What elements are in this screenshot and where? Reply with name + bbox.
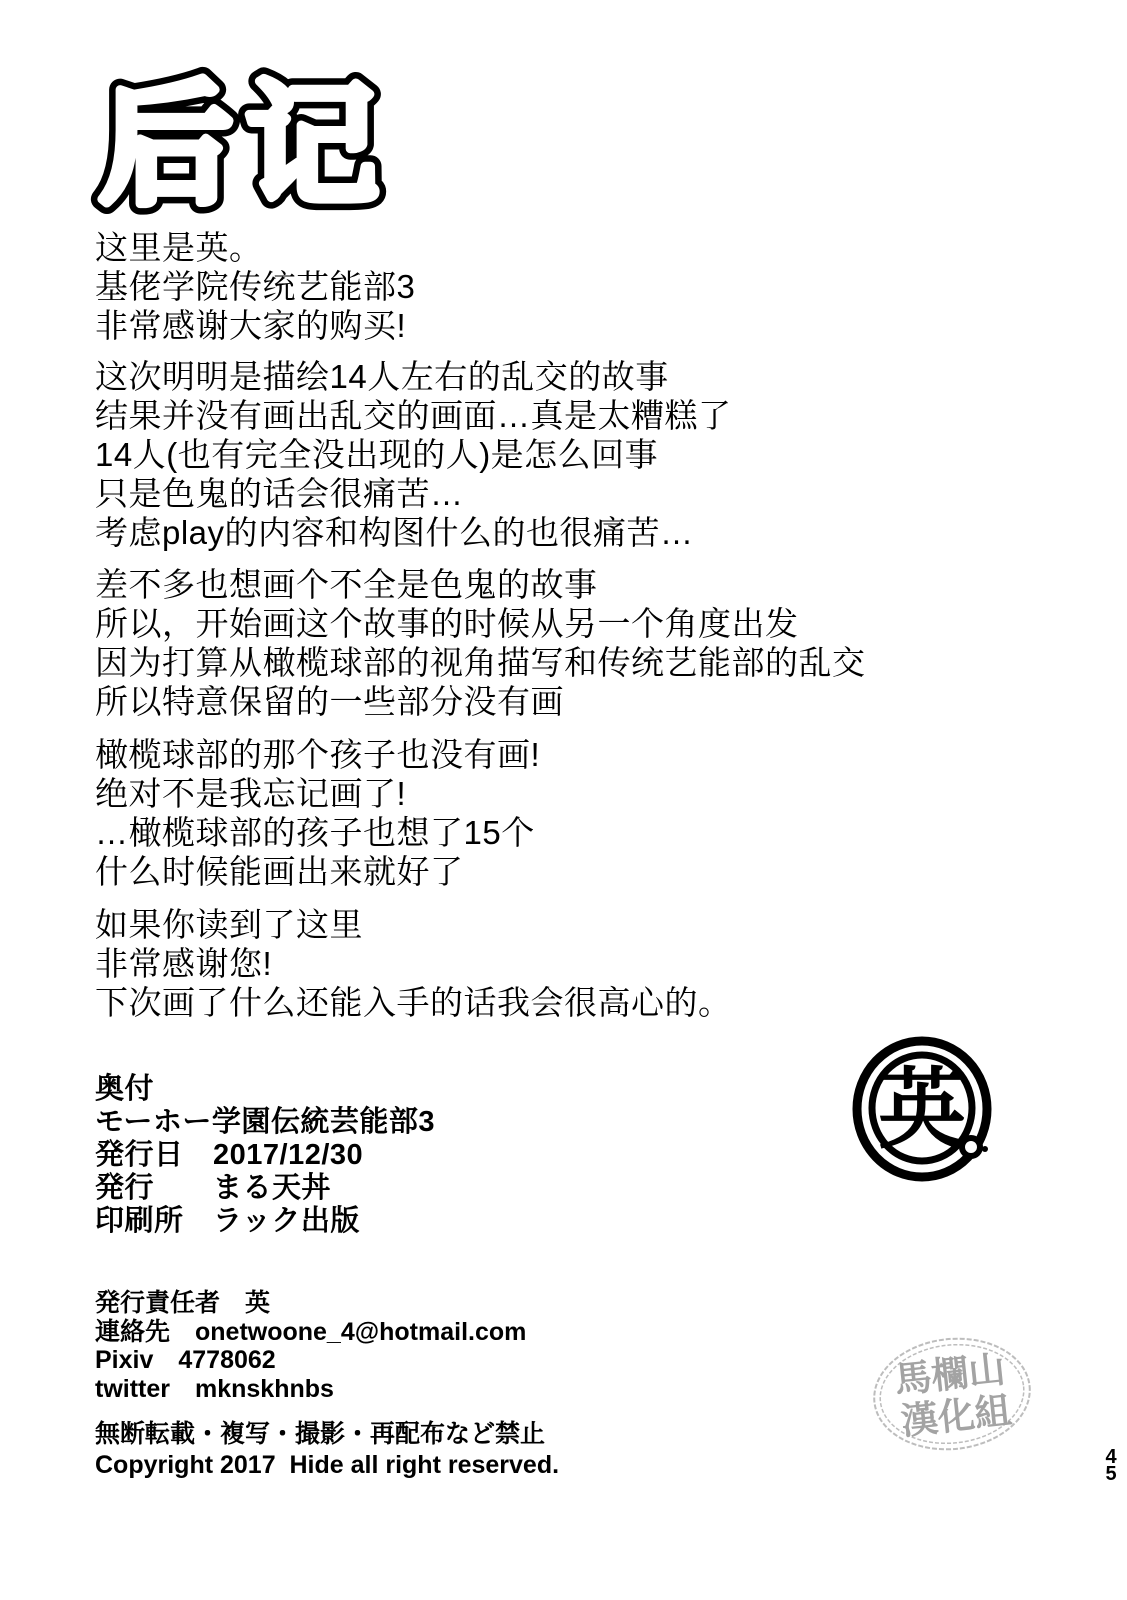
text-line: 発行 まる天丼 — [95, 1172, 435, 1205]
text-line: モーホー学園伝統芸能部3 — [95, 1106, 435, 1139]
text-line: 非常感谢您! — [95, 944, 732, 983]
text-line: 発行日 2017/12/30 — [95, 1139, 435, 1172]
text-line: 印刷所 ラック出版 — [95, 1205, 435, 1238]
text-line: twitter mknskhnbs — [95, 1375, 526, 1404]
text-line: 下次画了什么还能入手的话我会很高心的。 — [95, 983, 732, 1022]
translation-group-watermark: 馬欄山 漢化組 — [868, 1332, 1036, 1456]
seal-character: 英 — [878, 1063, 966, 1160]
page-number-digit: 5 — [1102, 1466, 1120, 1483]
paragraph-story-notes: 这次明明是描绘14人左右的乱交的故事结果并没有画出乱交的画面…真是太糟糕了14人… — [95, 357, 732, 552]
page-title-text: 后记 — [100, 72, 392, 219]
paragraph-thanks: 如果你读到了这里非常感谢您!下次画了什么还能入手的话我会很高心的。 — [95, 905, 732, 1022]
page-number: 4 5 — [1102, 1449, 1120, 1483]
text-line: Pixiv 4778062 — [95, 1346, 526, 1375]
text-line: 非常感谢大家的购买! — [95, 306, 415, 345]
paragraph-perspective: 差不多也想画个不全是色鬼的故事所以，开始画这个故事的时候从另一个角度出发因为打算… — [95, 565, 866, 721]
text-line: 奥付 — [95, 1073, 435, 1106]
legal-notice: 無断転載・複写・撮影・再配布など禁止Copyright 2017 Hide al… — [95, 1419, 559, 1481]
page-title: 后记 后记 — [88, 58, 408, 233]
text-line: 14人(也有完全没出现的人)是怎么回事 — [95, 435, 732, 474]
text-line: 只是色鬼的话会很痛苦… — [95, 474, 732, 513]
text-line: 基佬学院传统艺能部3 — [95, 267, 415, 306]
text-line: 発行責任者 英 — [95, 1289, 526, 1318]
seal-dot — [982, 1146, 988, 1152]
author-seal: 英 — [848, 1033, 996, 1188]
text-line: 橄榄球部的那个孩子也没有画! — [95, 735, 540, 774]
paragraph-greeting: 这里是英。基佬学院传统艺能部3非常感谢大家的购买! — [95, 228, 415, 345]
text-line: 如果你读到了这里 — [95, 905, 732, 944]
text-line: 这里是英。 — [95, 228, 415, 267]
text-line: …橄榄球部的孩子也想了15个 — [95, 813, 540, 852]
contact-info: 発行責任者 英連絡先 onetwoone_4@hotmail.comPixiv … — [95, 1289, 526, 1403]
text-line: 什么时候能画出来就好了 — [95, 852, 540, 891]
text-line: 連絡先 onetwoone_4@hotmail.com — [95, 1318, 526, 1347]
text-line: 差不多也想画个不全是色鬼的故事 — [95, 565, 866, 604]
text-line: 考虑play的内容和构图什么的也很痛苦… — [95, 513, 732, 552]
text-line: 所以特意保留的一些部分没有画 — [95, 682, 866, 721]
text-line: 绝对不是我忘记画了! — [95, 774, 540, 813]
paragraph-rugby-club: 橄榄球部的那个孩子也没有画!绝对不是我忘记画了!…橄榄球部的孩子也想了15个什么… — [95, 735, 540, 891]
text-line: 所以，开始画这个故事的时候从另一个角度出发 — [95, 604, 866, 643]
text-line: 因为打算从橄榄球部的视角描写和传统艺能部的乱交 — [95, 643, 866, 682]
colophon: 奥付モーホー学園伝統芸能部3発行日 2017/12/30発行 まる天丼印刷所 ラ… — [95, 1073, 435, 1238]
text-line: 结果并没有画出乱交的画面…真是太糟糕了 — [95, 396, 732, 435]
afterword-page: 后记 后记 这里是英。基佬学院传统艺能部3非常感谢大家的购买! 这次明明是描绘1… — [0, 0, 1127, 1600]
text-line: Copyright 2017 Hide all right reserved. — [95, 1450, 559, 1481]
text-line: 無断転載・複写・撮影・再配布など禁止 — [95, 1419, 559, 1450]
text-line: 这次明明是描绘14人左右的乱交的故事 — [95, 357, 732, 396]
seal-small-circle — [962, 1138, 980, 1156]
